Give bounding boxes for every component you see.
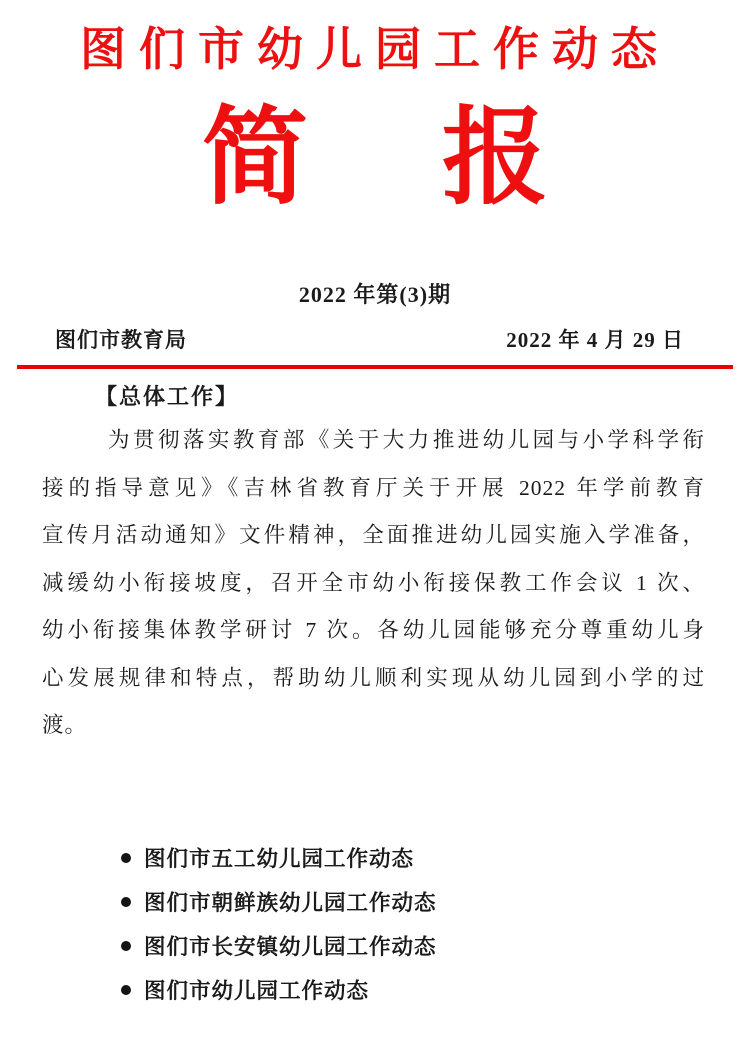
bulletin-page: 图们市幼儿园工作动态 简 报 2022 年第(3)期 图们市教育局 2022 年… (0, 0, 750, 1046)
list-item: 图们市五工幼儿园工作动态 (121, 836, 750, 880)
banner-title: 简 报 (0, 102, 750, 216)
toc-item-label: 图们市长安镇幼儿园工作动态 (144, 930, 437, 961)
bullet-icon (121, 941, 131, 951)
issue-date: 2022 年 4 月 29 日 (506, 324, 684, 354)
issue-number: 2022 年第(3)期 (0, 278, 750, 309)
publisher-name: 图们市教育局 (55, 324, 187, 354)
list-item: 图们市幼儿园工作动态 (121, 968, 750, 1012)
paragraph-line: 宣传月活动通知》文件精神，全面推进幼儿园实施入学准备， (42, 512, 705, 560)
red-divider-line (17, 365, 733, 369)
toc-item-label: 图们市五工幼儿园工作动态 (144, 842, 414, 873)
paragraph-line: 为贯彻落实教育部《关于大力推进幼儿园与小学科学衔 (42, 417, 705, 465)
paragraph-line: 渡。 (42, 702, 705, 750)
paragraph-line: 减缓幼小衔接坡度，召开全市幼小衔接保教工作会议 1 次、 (42, 560, 705, 608)
banner-char-bao: 报 (442, 102, 548, 216)
banner-char-jian: 简 (202, 102, 308, 216)
contents-list: 图们市五工幼儿园工作动态 图们市朝鲜族幼儿园工作动态 图们市长安镇幼儿园工作动态… (0, 836, 750, 1012)
paragraph-line: 心发展规律和特点，帮助幼儿顺利实现从幼儿园到小学的过 (42, 655, 705, 703)
toc-item-label: 图们市幼儿园工作动态 (144, 974, 369, 1005)
bullet-icon (121, 985, 131, 995)
bullet-icon (121, 897, 131, 907)
publisher-row: 图们市教育局 2022 年 4 月 29 日 (0, 324, 750, 354)
paragraph-line: 幼小衔接集体教学研讨 7 次。各幼儿园能够充分尊重幼儿身 (42, 607, 705, 655)
paragraph-line: 接的指导意见》《吉林省教育厅关于开展 2022 年学前教育 (42, 465, 705, 513)
bullet-icon (121, 853, 131, 863)
toc-item-label: 图们市朝鲜族幼儿园工作动态 (144, 886, 437, 917)
list-item: 图们市长安镇幼儿园工作动态 (121, 924, 750, 968)
body-paragraph: 为贯彻落实教育部《关于大力推进幼儿园与小学科学衔 接的指导意见》《吉林省教育厅关… (0, 417, 750, 750)
list-item: 图们市朝鲜族幼儿园工作动态 (121, 880, 750, 924)
masthead-title: 图们市幼儿园工作动态 (0, 0, 750, 80)
section-heading: 【总体工作】 (0, 380, 750, 411)
